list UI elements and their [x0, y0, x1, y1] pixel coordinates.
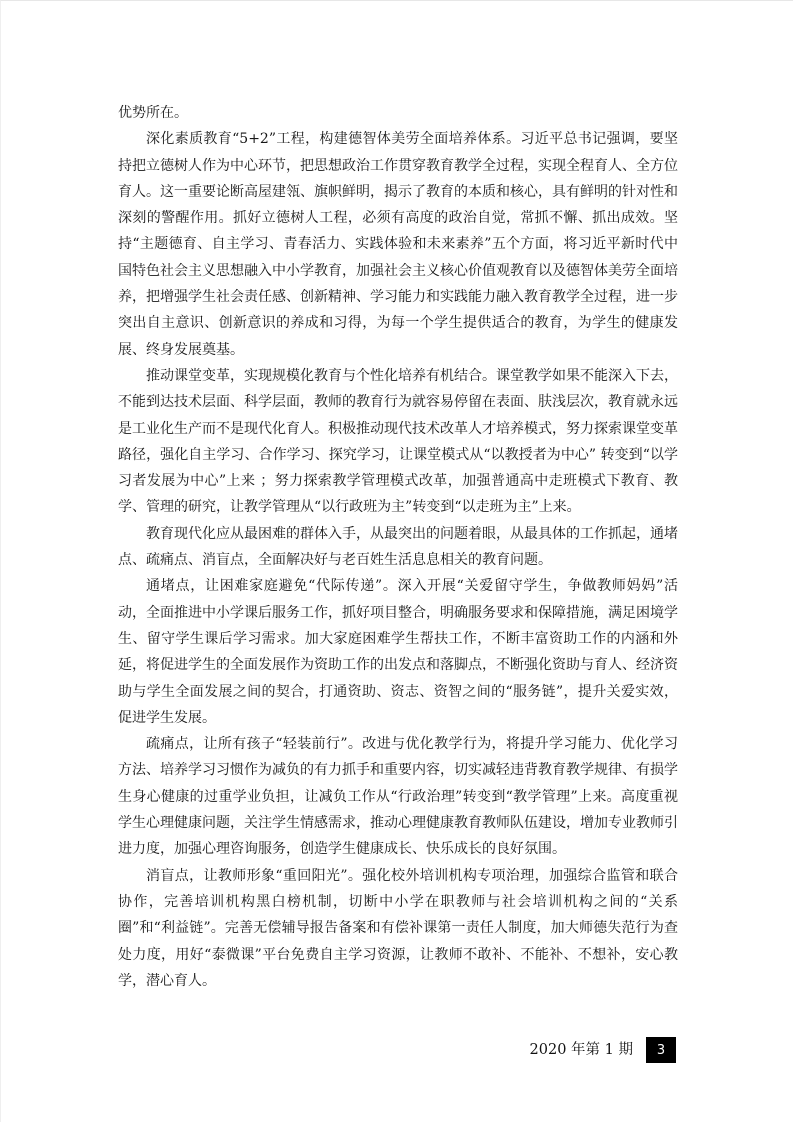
- paragraph: 通堵点，让困难家庭避免“代际传递”。深入开展“关爱留守学生，争做教师妈妈”活动，…: [118, 573, 678, 731]
- page-number-box: 3: [646, 1037, 676, 1063]
- paragraph-continuation: 优势所在。: [118, 100, 678, 126]
- page-footer: 2020 年第 1 期 3: [530, 1037, 676, 1063]
- paragraph: 深化素质教育“5+2”工程，构建德智体美劳全面培养体系。习近平总书记强调，要坚持…: [118, 126, 678, 363]
- paragraph: 推动课堂变革，实现规模化教育与个性化培养有机结合。课堂教学如果不能深入下去，不能…: [118, 363, 678, 521]
- page-number: 3: [657, 1043, 665, 1058]
- paragraph: 教育现代化应从最困难的群体入手，从最突出的问题着眼，从最具体的工作抓起，通堵点、…: [118, 521, 678, 574]
- document-page: 优势所在。 深化素质教育“5+2”工程，构建德智体美劳全面培养体系。习近平总书记…: [0, 0, 793, 1122]
- article-body: 优势所在。 深化素质教育“5+2”工程，构建德智体美劳全面培养体系。习近平总书记…: [118, 100, 678, 994]
- paragraph: 疏痛点，让所有孩子“轻装前行”。改进与优化教学行为，将提升学习能力、优化学习方法…: [118, 731, 678, 862]
- paragraph: 消盲点，让教师形象“重回阳光”。强化校外培训机构专项治理，加强综合监管和联合协作…: [118, 863, 678, 994]
- issue-label: 2020 年第 1 期: [530, 1037, 633, 1063]
